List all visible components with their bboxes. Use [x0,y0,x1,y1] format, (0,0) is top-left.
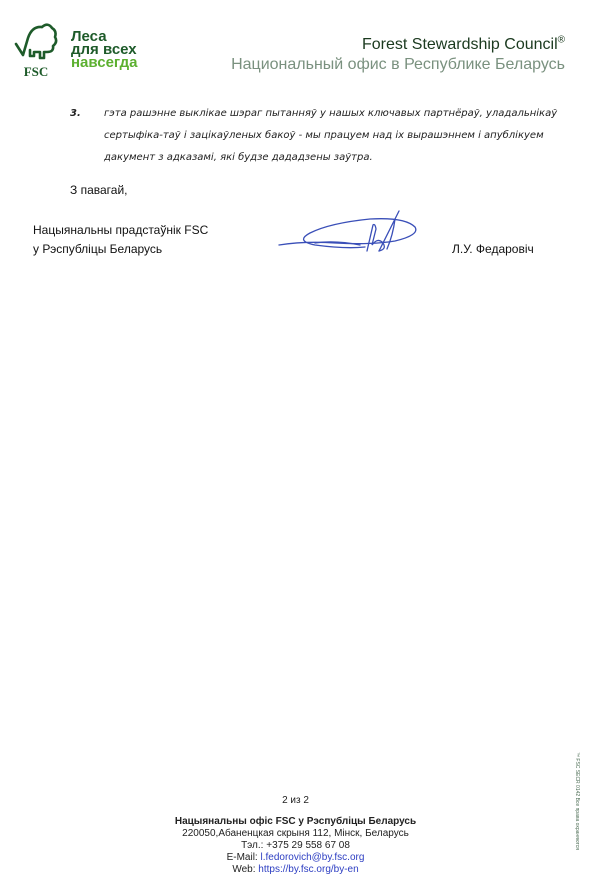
list-item-text: гэта рашэнне выклікае шэраг пытанняў у н… [104,103,560,169]
footer-phone: Тэл.: +375 29 558 67 08 [0,840,591,852]
signatory-role-line-2: у Рэспубліцы Беларусь [33,242,162,256]
list-item: 3. гэта рашэнне выклікае шэраг пытанняў … [70,103,560,169]
signatory-role-line-1: Нацыянальны прадстаўнік FSC [33,223,208,237]
signatory-name: Л.У. Федаровіч [452,242,534,256]
email-label: E-Mail: [227,852,258,863]
org-title: Forest Stewardship Council® [362,36,565,54]
web-label: Web: [232,864,255,875]
fsc-mark-label: FSC [24,64,49,79]
office-subtitle: Национальный офис в Республике Беларусь [231,56,565,74]
logo-slogan: Леса для всех навсегда [71,30,137,69]
page-number: 2 из 2 [0,795,591,807]
phone-label: Тэл.: [241,840,263,851]
email-link[interactable]: l.fedorovich@by.fsc.org [261,852,365,863]
closing-phrase: З павагай, [70,183,128,197]
org-title-text: Forest Stewardship Council [362,36,558,53]
fsc-tree-checkmark-icon: FSC [14,18,58,80]
web-link[interactable]: https://by.fsc.org/by-en [258,864,358,875]
list-item-number: 3. [70,103,81,125]
footer-email: E-Mail: l.fedorovich@by.fsc.org [0,852,591,864]
handwritten-signature-icon [275,205,420,257]
slogan-line-3: навсегда [71,56,137,69]
phone-value: +375 29 558 67 08 [266,840,350,851]
registered-mark: ® [558,35,565,46]
footer-org-name: Нацыянальны офіс FSC у Рэспубліцы Белару… [0,816,591,828]
trademark-code: ™ FSC SECR 0142 Все права охраняются [570,752,580,878]
footer-address: 220050,Абаненцкая скрыня 112, Мінск, Бел… [0,828,591,840]
footer-web: Web: https://by.fsc.org/by-en [0,864,591,876]
